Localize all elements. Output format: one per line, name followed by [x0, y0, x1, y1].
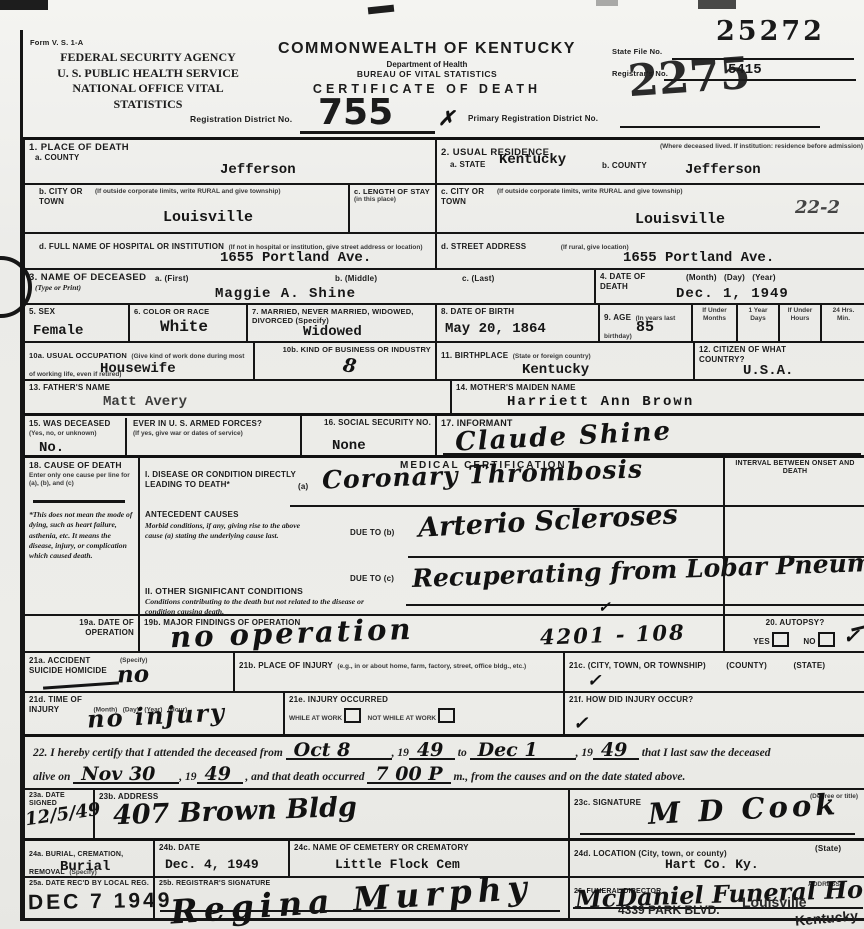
- mother-label: 14. MOTHER'S MAIDEN NAME: [456, 383, 861, 393]
- autopsy-label: 20. AUTOPSY?: [729, 618, 861, 628]
- field-time-of-injury: 21d. TIME OF INJURY (Month) (Day) (Year)…: [23, 691, 283, 734]
- cause-c-line: [406, 604, 723, 606]
- certify-text: that I last saw the deceased: [642, 747, 771, 759]
- marital-label: 7. MARRIED, NEVER MARRIED, WIDOWED, DIVO…: [252, 307, 431, 325]
- field-place-of-death: 1. PLACE OF DEATH a. COUNTY Jefferson: [23, 137, 435, 183]
- age-value: 85: [636, 319, 654, 336]
- not-while-at-work-label: NOT WHILE AT WORK: [368, 715, 437, 722]
- other-conditions-label: II. OTHER SIGNIFICANT CONDITIONS: [145, 586, 303, 596]
- field-age: 9. AGE (In years last birthday) 85: [598, 303, 691, 341]
- location-state-label: (State): [815, 844, 841, 854]
- field-marital-status: 7. MARRIED, NEVER MARRIED, WIDOWED, DIVO…: [246, 303, 435, 341]
- field-place-city: b. CITY OR TOWN (If outside corporate li…: [23, 183, 348, 232]
- autopsy-no-checkbox[interactable]: [818, 632, 835, 647]
- deceased-name-value: Maggie A. Shine: [215, 286, 356, 302]
- injury-time-value: no injury: [86, 697, 226, 733]
- citizen-value: U.S.A.: [743, 363, 793, 379]
- father-value: Matt Avery: [103, 394, 187, 410]
- injury-city-label: 21c. (CITY, TOWN, OR TOWNSHIP): [569, 661, 706, 670]
- pen-stroke: [43, 681, 119, 689]
- first-name-label: a. (First): [155, 274, 189, 284]
- date-of-death-label: 4. DATE OF DEATH: [600, 272, 655, 291]
- findings-code: 4201 - 108: [540, 619, 686, 649]
- col-label: 1 Year: [742, 307, 774, 315]
- autopsy-yes-label: YES: [753, 637, 770, 646]
- scan-artifact: [0, 0, 48, 10]
- date-received-label: 25a. DATE REC'D BY LOCAL REG.: [29, 880, 149, 888]
- field-major-findings: 19b. MAJOR FINDINGS OF OPERATION no oper…: [138, 614, 723, 651]
- field-age-minutes: 24 Hrs. Min.: [820, 303, 864, 341]
- registrar-signature-value: Regina Murphy: [169, 867, 534, 929]
- middle-name-label: b. (Middle): [335, 274, 377, 284]
- field-cause-of-death: 18. CAUSE OF DEATH Enter only one cause …: [23, 455, 138, 614]
- operation-date-label: 19a. DATE OF OPERATION: [29, 618, 134, 637]
- field-birthplace: 11. BIRTHPLACE (State or foreign country…: [435, 341, 693, 379]
- father-label: 13. FATHER'S NAME: [29, 383, 446, 393]
- certify-text: alive on: [33, 771, 70, 783]
- signature-line: [160, 910, 560, 912]
- residence-county-value: Jefferson: [685, 162, 761, 178]
- injury-state-label: (STATE): [793, 661, 825, 670]
- field-occupation: 10a. USUAL OCCUPATION (Give kind of work…: [23, 341, 253, 379]
- field-father-name: 13. FATHER'S NAME Matt Avery: [23, 379, 450, 413]
- injury-place-label: 21b. PLACE OF INJURY: [239, 661, 333, 670]
- field-injury-city: 21c. (CITY, TOWN, OR TOWNSHIP) (COUNTY) …: [563, 651, 864, 691]
- field-autopsy: 20. AUTOPSY? YES NO ✓: [723, 614, 864, 651]
- race-value: White: [160, 318, 208, 336]
- residence-city-mark: 22-2: [795, 197, 840, 218]
- from-year-value: 49: [417, 739, 443, 761]
- death-certificate-scan: Form V. S. 1-A FEDERAL SECURITY AGENCY U…: [0, 0, 864, 929]
- city-label: c. CITY OR TOWN: [441, 187, 487, 206]
- antecedent-note: Morbid conditions, if any, giving rise t…: [145, 521, 313, 542]
- residence-city-value: Louisville: [635, 211, 725, 228]
- field-date-of-birth: 8. DATE OF BIRTH May 20, 1864: [435, 303, 598, 341]
- funeral-home-address-stamp: 4339 PARK BLVD.: [618, 903, 720, 917]
- field-age-months: If Under Months: [691, 303, 736, 341]
- cause-footnote: *This does not mean the mode of dying, s…: [29, 510, 133, 561]
- cemetery-value: Little Flock Cem: [335, 857, 460, 872]
- section-title: 1. PLACE OF DEATH: [29, 142, 431, 153]
- mother-value: Harriett Ann Brown: [507, 394, 694, 410]
- scan-artifact: [698, 0, 736, 9]
- certify-text: , 19: [392, 747, 409, 759]
- street-label: d. STREET ADDRESS: [441, 242, 526, 251]
- field-how-injury-occurred: 21f. HOW DID INJURY OCCUR? ✓: [563, 691, 864, 734]
- certify-text: to: [458, 747, 467, 759]
- findings-value: no operation: [169, 612, 414, 654]
- section-title: 3. NAME OF DECEASED: [29, 272, 590, 283]
- armed-forces-label: 15. WAS DECEASED: [29, 419, 121, 429]
- birthplace-label: 11. BIRTHPLACE: [441, 351, 508, 360]
- col-label: If Under: [784, 307, 816, 315]
- burial-date-label: 24b. DATE: [159, 843, 284, 853]
- birthplace-note: (State or foreign country): [513, 353, 591, 360]
- county-label: b. COUNTY: [602, 161, 647, 171]
- funeral-home-city-stamp: Louisville: [742, 894, 807, 910]
- field-interval-onset-death: INTERVAL BETWEEN ONSET AND DEATH: [723, 455, 864, 614]
- asp-value: no: [117, 660, 150, 688]
- field-color-or-race: 6. COLOR OR RACE White: [128, 303, 246, 341]
- ssn-label: 16. SOCIAL SECURITY NO.: [306, 418, 431, 428]
- autopsy-yes-checkbox[interactable]: [772, 632, 789, 647]
- last-seen-value: Nov 30: [81, 763, 155, 785]
- antecedent-label: ANTECEDENT CAUSES: [145, 510, 239, 520]
- divider: [33, 500, 125, 503]
- field-social-security: 16. SOCIAL SECURITY NO. None: [300, 413, 435, 455]
- injury-time-label: 21d. TIME OF INJURY: [29, 695, 89, 714]
- while-at-work-label: WHILE AT WORK: [289, 715, 342, 722]
- certificate-form: 1. PLACE OF DEATH a. COUNTY Jefferson 2.…: [20, 30, 864, 921]
- alive-year-value: 49: [205, 763, 231, 785]
- field-burial-date: 24b. DATE Dec. 4, 1949: [153, 838, 288, 876]
- business-mark: 8: [342, 354, 358, 378]
- col-label: Days: [742, 315, 774, 323]
- field-institution: d. FULL NAME OF HOSPITAL OR INSTITUTION …: [23, 232, 435, 268]
- city-note: (If outside corporate limits, write RURA…: [497, 188, 757, 196]
- cause-note: Enter only one cause per line for (a), (…: [29, 472, 134, 488]
- city-note: (If outside corporate limits, write RURA…: [95, 188, 335, 196]
- interval-line: [725, 505, 864, 507]
- divider: [125, 418, 127, 455]
- interval-line: [725, 604, 864, 606]
- col-label: If Under: [697, 307, 732, 315]
- field-name-of-deceased: 3. NAME OF DECEASED (Type or Print) a. (…: [23, 268, 594, 303]
- residence-state-value: Kentucky: [499, 152, 566, 168]
- field-business-industry: 10b. KIND OF BUSINESS OR INDUSTRY 8: [253, 341, 435, 379]
- field-sex: 5. SEX Female: [23, 303, 128, 341]
- scan-artifact: [596, 0, 618, 6]
- birthplace-value: Kentucky: [522, 362, 589, 378]
- field-injury-occurred: 21e. INJURY OCCURRED WHILE AT WORK NOT W…: [283, 691, 563, 734]
- certify-text: 22. I hereby certify that I attended the…: [33, 747, 283, 759]
- interval-label: INTERVAL BETWEEN ONSET AND DEATH: [729, 460, 861, 477]
- last-name-label: c. (Last): [462, 274, 494, 284]
- cemetery-label: 24c. NAME OF CEMETERY OR CREMATORY: [294, 843, 564, 853]
- not-while-at-work-checkbox[interactable]: [438, 708, 455, 723]
- age-label: 9. AGE: [604, 313, 631, 322]
- death-time-value: 7 00 P: [375, 763, 442, 785]
- armed-forces-label2: EVER IN U. S. ARMED FORCES?: [133, 419, 298, 429]
- birth-label: 8. DATE OF BIRTH: [441, 307, 594, 317]
- to-year-value: 49: [601, 739, 627, 761]
- field-place-of-injury: 21b. PLACE OF INJURY (e.g., in or about …: [233, 651, 563, 691]
- occupation-label: 10a. USUAL OCCUPATION: [29, 351, 127, 360]
- state-label: a. STATE: [450, 160, 486, 170]
- col-label: Min.: [826, 315, 861, 323]
- field-age-hours: If Under Hours: [778, 303, 820, 341]
- injury-place-note: (e.g., in or about home, farm, factory, …: [337, 663, 526, 670]
- location-value: Hart Co. Ky.: [665, 857, 759, 872]
- field-accident-suicide-homicide: 21a. ACCIDENT SUICIDE HOMICIDE (Specify)…: [23, 651, 233, 691]
- field-length-of-stay: c. LENGTH OF STAY (in this place): [348, 183, 435, 232]
- field-medical-certification: MEDICAL CERTIFICATION I. DISEASE OR COND…: [138, 455, 723, 614]
- cause-a-tag: (a): [298, 482, 308, 492]
- date-of-death-value: Dec. 1, 1949: [676, 286, 789, 302]
- injury-county-label: (COUNTY): [726, 661, 767, 670]
- field-residence-city: c. CITY OR TOWN (If outside corporate li…: [435, 183, 864, 232]
- col-label: 24 Hrs.: [826, 307, 861, 315]
- field-usual-residence: 2. USUAL RESIDENCE (Where deceased lived…: [435, 137, 864, 183]
- attended-to-value: Dec 1: [478, 739, 538, 761]
- attended-from-value: Oct 8: [294, 739, 351, 761]
- residence-note: (Where deceased lived. If institution: r…: [647, 143, 863, 151]
- certify-text: , 19: [179, 771, 196, 783]
- street-value: 1655 Portland Ave.: [623, 250, 774, 266]
- due-to-c-tag: DUE TO (c): [350, 574, 394, 584]
- date-received-stamp: DEC 7 1949: [28, 889, 173, 916]
- col-label: Hours: [784, 315, 816, 323]
- armed-forces-note2: (If yes, give war or dates of service): [133, 430, 298, 438]
- field-date-of-death: 4. DATE OF DEATH (Month) (Day) (Year) De…: [594, 268, 864, 303]
- institution-label: d. FULL NAME OF HOSPITAL OR INSTITUTION: [39, 242, 224, 251]
- field-date-of-operation: 19a. DATE OF OPERATION: [23, 614, 138, 651]
- signature-label: 23c. SIGNATURE: [574, 798, 641, 807]
- scan-artifact: [368, 5, 395, 15]
- how-injury-label: 21f. HOW DID INJURY OCCUR?: [569, 695, 861, 705]
- field-physician-signature: 23c. SIGNATURE (Degree or title) M D Coo…: [568, 788, 864, 838]
- field-age-days: 1 Year Days: [736, 303, 778, 341]
- physician-signature-value: M D Cook: [647, 787, 840, 831]
- field-armed-forces: 15. WAS DECEASED (Yes, no, or unknown) E…: [23, 413, 300, 455]
- sex-value: Female: [33, 323, 83, 339]
- signature-line: [580, 833, 855, 835]
- place-city-value: Louisville: [163, 209, 253, 226]
- col-label: Months: [697, 315, 732, 323]
- race-label: 6. COLOR OR RACE: [134, 307, 242, 316]
- street-note: (If rural, give location): [561, 244, 629, 251]
- certify-text: , 19: [576, 747, 593, 759]
- cause-label: 18. CAUSE OF DEATH: [29, 460, 134, 470]
- birth-value: May 20, 1864: [445, 321, 546, 337]
- field-citizenship: 12. CITIZEN OF WHAT COUNTRY? U.S.A.: [693, 341, 864, 379]
- business-label: 10b. KIND OF BUSINESS OR INDUSTRY: [259, 345, 431, 354]
- cause-a-value: Coronary Thrombosis: [322, 454, 644, 494]
- place-county-value: Jefferson: [220, 162, 296, 178]
- interval-line: [725, 556, 864, 558]
- autopsy-no-label: NO: [803, 637, 815, 646]
- certify-text: m., from the causes and on the date stat…: [453, 771, 685, 783]
- field-registrar-signature: 25b. REGISTRAR'S SIGNATURE Regina Murphy: [153, 876, 568, 918]
- injury-occurred-label: 21e. INJURY OCCURRED: [289, 695, 559, 705]
- field-cemetery-location: 24d. LOCATION (City, town, or county) (S…: [568, 838, 864, 876]
- field-certification-statement: 22. I hereby certify that I attended the…: [23, 734, 864, 788]
- injury-city-check: ✓: [587, 671, 601, 691]
- armed-forces-value: No.: [39, 440, 64, 456]
- field-mother-name: 14. MOTHER'S MAIDEN NAME Harriett Ann Br…: [450, 379, 864, 413]
- city-label: b. CITY OR TOWN: [39, 187, 87, 206]
- date-cols-label: (Month) (Day) (Year): [686, 273, 776, 283]
- citizen-label: 12. CITIZEN OF WHAT COUNTRY?: [699, 345, 799, 364]
- field-date-signed: 23a. DATE SIGNED 12/5/49: [23, 788, 93, 838]
- asp-label: 21a. ACCIDENT SUICIDE HOMICIDE: [29, 656, 109, 675]
- ssn-value: None: [332, 438, 366, 454]
- field-physician-address: 23b. ADDRESS 407 Brown Bldg: [93, 788, 568, 838]
- armed-forces-note: (Yes, no, or unknown): [29, 430, 121, 438]
- sex-label: 5. SEX: [29, 307, 124, 317]
- burial-value: Burial: [60, 859, 110, 875]
- certify-text: , and that death occurred: [245, 771, 364, 783]
- burial-date-value: Dec. 4, 1949: [165, 857, 259, 872]
- how-injury-check: ✓: [573, 713, 588, 734]
- while-at-work-checkbox[interactable]: [344, 708, 361, 723]
- field-informant: 17. INFORMANT Claude Shine: [435, 413, 864, 455]
- field-burial-type: 24a. BURIAL, CREMATION, REMOVAL (Specify…: [23, 838, 153, 876]
- occupation-value: Housewife: [100, 361, 176, 377]
- stay-label: c. LENGTH OF STAY: [354, 187, 431, 196]
- due-to-b-tag: DUE TO (b): [350, 528, 395, 538]
- institution-value: 1655 Portland Ave.: [220, 250, 371, 266]
- stay-note: (in this place): [354, 196, 431, 204]
- field-street-address: d. STREET ADDRESS (If rural, give locati…: [435, 232, 864, 268]
- marital-value: Widowed: [303, 324, 362, 340]
